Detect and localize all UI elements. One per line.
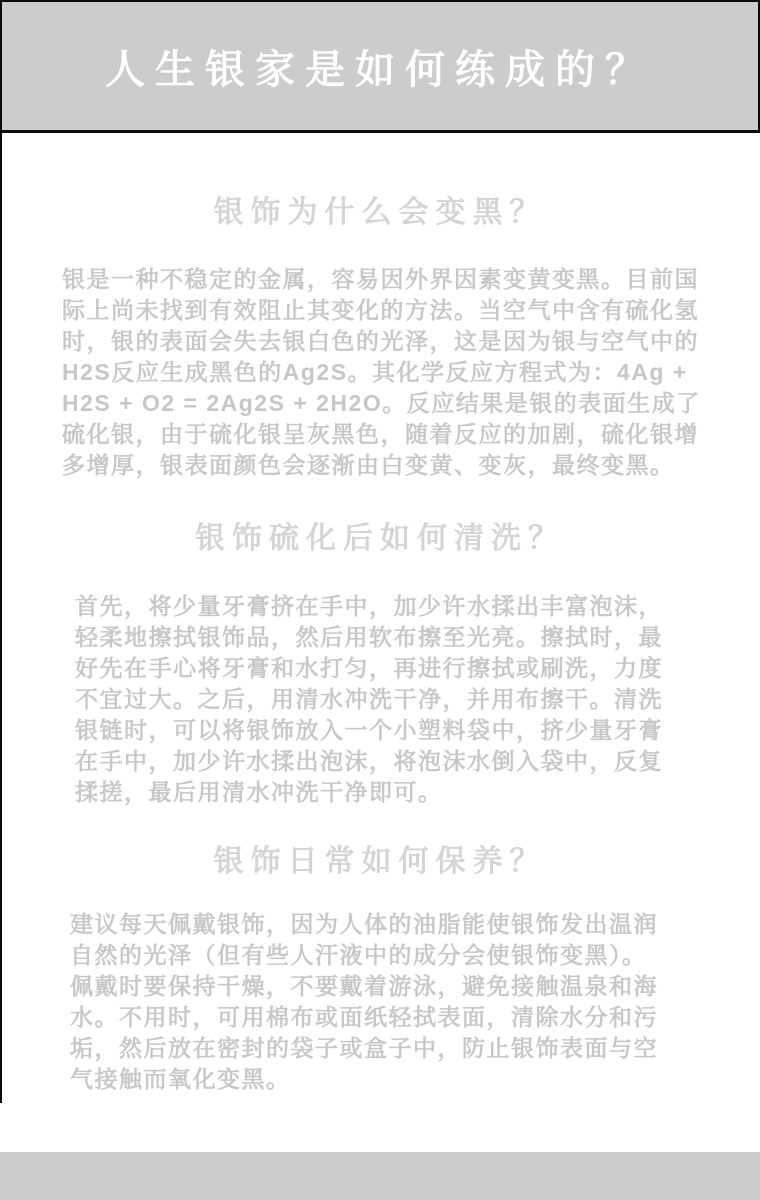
article-page: 人生银家是如何练成的？ 银饰为什么会变黑？ 银是一种不稳定的金属，容易因外界因素… [0,0,760,1200]
section-paragraph: 首先，将少量牙膏挤在手中，加少许水揉出丰富泡沫， 轻柔地擦拭银饰品，然后用软布擦… [75,591,687,808]
left-border-line [0,0,2,1103]
header-band: 人生银家是如何练成的？ [0,0,760,133]
footer-band [0,1152,760,1200]
section-heading: 银饰为什么会变黑？ [0,193,760,233]
section-why-blacken: 银饰为什么会变黑？ 银是一种不稳定的金属，容易因外界因素变黄变黑。目前国 际上尚… [0,193,760,481]
section-heading: 银饰硫化后如何清洗？ [0,519,760,559]
section-daily-care: 银饰日常如何保养？ 建议每天佩戴银饰，因为人体的油脂能使银饰发出温润 自然的光泽… [0,842,760,1095]
page-title: 人生银家是如何练成的？ [105,38,655,95]
section-paragraph: 建议每天佩戴银饰，因为人体的油脂能使银饰发出温润 自然的光泽（但有些人汗液中的成… [70,909,688,1095]
section-heading: 银饰日常如何保养？ [0,842,760,882]
section-paragraph: 银是一种不稳定的金属，容易因外界因素变黄变黑。目前国 际上尚未找到有效阻止其变化… [62,264,704,481]
section-how-to-clean: 银饰硫化后如何清洗？ 首先，将少量牙膏挤在手中，加少许水揉出丰富泡沫， 轻柔地擦… [0,519,760,808]
